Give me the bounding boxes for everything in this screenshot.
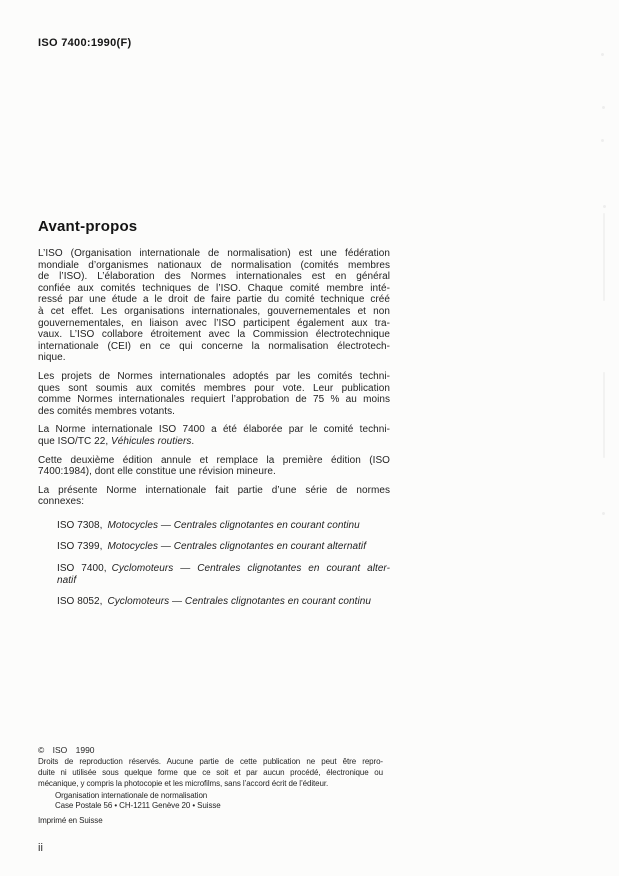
- publisher-name: Organisation internationale de normalisa…: [55, 791, 383, 801]
- standard-title-italic: Motocycles — Centrales clignotantes en c…: [107, 541, 366, 552]
- paragraph-committee: La Norme internationale ISO 7400 a été é…: [38, 424, 390, 447]
- text-line: La présente Norme internationale fait pa…: [38, 485, 390, 497]
- paragraph-series: La présente Norme internationale fait pa…: [38, 485, 390, 508]
- text-line: mondiale d’organismes nationaux de norma…: [38, 260, 390, 272]
- text-line: ressé par une étude a le droit de faire …: [38, 294, 390, 306]
- related-standards-list: ISO 7308,Motocycles — Centrales clignota…: [57, 520, 390, 608]
- scan-artifact: [601, 139, 604, 142]
- document-reference: ISO 7400:1990(F): [38, 37, 131, 49]
- standard-title-italic: Véhicules routiers: [111, 436, 191, 447]
- text-line: gouvernementales, en liaison avec l’ISO …: [38, 318, 390, 330]
- standard-code: ISO 8052,: [57, 596, 102, 607]
- text-line: que ISO/TC 22, Véhicules routiers.: [38, 436, 390, 448]
- foreword-section: Avant-propos L’ISO (Organisation interna…: [38, 218, 390, 618]
- list-item: ISO 7399,Motocycles — Centrales clignota…: [57, 541, 390, 553]
- list-item: ISO 7400,Cyclomoteurs — Centrales cligno…: [57, 563, 390, 586]
- copyright-notice: © ISO 1990: [38, 744, 383, 756]
- text-line: comme Normes internationales requiert l’…: [38, 394, 390, 406]
- copyright-imprint: © ISO 1990 Droits de reproduction réserv…: [38, 744, 383, 826]
- standard-title-italic: Cyclomoteurs — Centrales clignotantes en…: [112, 563, 390, 574]
- section-title: Avant-propos: [38, 218, 390, 235]
- scan-artifact: [603, 213, 605, 301]
- printed-in-notice: Imprimé en Suisse: [38, 815, 383, 826]
- text-line: mécanique, y compris la photocopie et le…: [38, 778, 383, 789]
- text-line: connexes:: [38, 496, 390, 508]
- text-segment: que ISO/TC 22,: [38, 436, 111, 447]
- page-number: ii: [38, 842, 43, 854]
- standard-title-italic: Motocycles — Centrales clignotantes en c…: [107, 520, 359, 531]
- text-line: ISO 7399,Motocycles — Centrales clignota…: [57, 541, 390, 553]
- paragraph-iso-description: L’ISO (Organisation internationale de no…: [38, 248, 390, 364]
- rights-statement: Droits de reproduction réservés. Aucune …: [38, 756, 383, 789]
- scan-artifact: [602, 106, 605, 109]
- scan-artifact: [602, 512, 605, 515]
- text-line: natif: [57, 575, 390, 587]
- text-line: duite ni utilisée sous quelque forme que…: [38, 767, 383, 778]
- list-item: ISO 7308,Motocycles — Centrales clignota…: [57, 520, 390, 532]
- standard-code: ISO 7399,: [57, 541, 102, 552]
- scan-artifact: [603, 372, 605, 458]
- publisher-address: Case Postale 56 • CH-1211 Genève 20 • Su…: [55, 801, 383, 811]
- paragraph-edition: Cette deuxième édition annule et remplac…: [38, 455, 390, 478]
- text-line: vaux. L’ISO collabore étroitement avec l…: [38, 329, 390, 341]
- text-line: confiée aux comités techniques de l’ISO.…: [38, 283, 390, 295]
- standard-code: ISO 7400,: [57, 563, 107, 574]
- text-line: Les projets de Normes internationales ad…: [38, 371, 390, 383]
- standard-code: ISO 7308,: [57, 520, 102, 531]
- text-line: ques sont soumis aux comités membres pou…: [38, 383, 390, 395]
- standard-title-italic: Cyclomoteurs — Centrales clignotantes en…: [107, 596, 371, 607]
- scan-artifact: [603, 205, 606, 208]
- scanned-document-page: ISO 7400:1990(F) Avant-propos L’ISO (Org…: [0, 0, 619, 876]
- list-item: ISO 8052,Cyclomoteurs — Centrales cligno…: [57, 596, 390, 608]
- text-line: L’ISO (Organisation internationale de no…: [38, 248, 390, 260]
- publisher-address-block: Organisation internationale de normalisa…: [55, 791, 383, 810]
- text-line: 7400:1984), dont elle constitue une révi…: [38, 466, 390, 478]
- text-line: ISO 7400,Cyclomoteurs — Centrales cligno…: [57, 563, 390, 575]
- text-segment: .: [191, 436, 194, 447]
- text-line: de l’ISO). L’élaboration des Normes inte…: [38, 271, 390, 283]
- text-line: internationale (CEI) en ce qui concerne …: [38, 341, 390, 353]
- scan-artifact: [601, 53, 604, 56]
- text-line: ISO 8052,Cyclomoteurs — Centrales cligno…: [57, 596, 390, 608]
- text-line: Cette deuxième édition annule et remplac…: [38, 455, 390, 467]
- paragraph-voting: Les projets de Normes internationales ad…: [38, 371, 390, 417]
- text-line: nique.: [38, 352, 390, 364]
- text-line: La Norme internationale ISO 7400 a été é…: [38, 424, 390, 436]
- text-line: des comités membres votants.: [38, 406, 390, 418]
- text-line: ISO 7308,Motocycles — Centrales clignota…: [57, 520, 390, 532]
- text-line: Droits de reproduction réservés. Aucune …: [38, 756, 383, 767]
- text-line: à cet effet. Les organisations internati…: [38, 306, 390, 318]
